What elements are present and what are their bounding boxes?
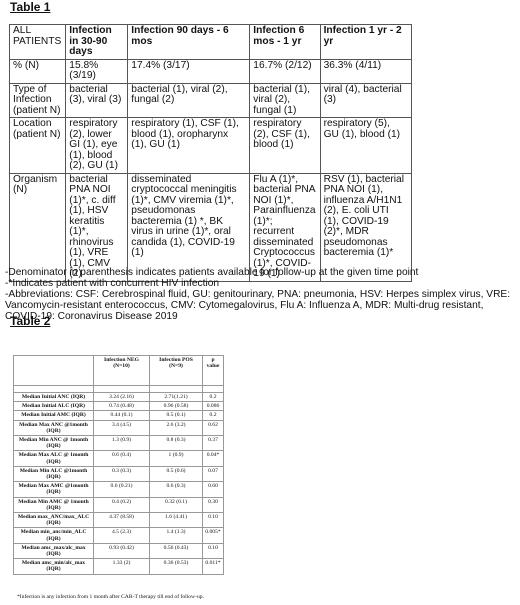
table2-row: Median Initial AMC (IQR)0.44 (0.1)0.5 (0… [14,411,224,420]
table2-row: Median Min ALC @1month (IQR)0.3 (0.3)0.5… [14,466,224,481]
table2-cell-pos: 0.36 (0.53) [150,559,203,574]
table2-row-label: Median max_ANC/max_ALC (IQR) [14,513,94,528]
table2-cell-pos: 0.32 (0.1) [150,497,203,512]
table2-cell-pos: 0.5 (0.1) [150,411,203,420]
note-denominator: -Denominator in parenthesis indicates pa… [5,267,520,278]
table2-cell-p-value: 0.30 [203,497,224,512]
table2-cell-p-value: 0.10 [203,513,224,528]
table1-header-corner: ALL PATIENTS [10,25,66,60]
table1-cell: viral (4), bacterial (3) [320,83,411,118]
table2-row: Median amc_max/alc_max (IQR)0.93 (0.42)0… [14,543,224,558]
table1-cell: disseminated cryptococcal meningitis (1)… [128,173,250,281]
table2-row-label: Median Min ANC @ 1month (IQR) [14,436,94,451]
table2-row-label: Median Initial ANC (IQR) [14,393,94,402]
table2-row: Median Max ALC @ 1month (IQR)0.6 (0.4)1 … [14,451,224,466]
table1-header-6mo-1yr: Infection 6 mos - 1 yr [250,25,320,60]
table2-row: Median Initial ALC (IQR)0.74 (0.48)0.96 … [14,402,224,411]
table2-footnote: *Infection is any infection from 1 month… [17,594,204,600]
table1-cell: bacterial PNA NOI (1)*, c. diff (1), HSV… [66,173,128,281]
table2-cell-pos: 0.5 (0.6) [150,466,203,481]
table2-cell-p-value: 0.60 [203,482,224,497]
table1-notes: -Denominator in parenthesis indicates pa… [5,267,520,322]
table2-header-row: Infection NEG (N=10) Infection POS (N=9)… [14,356,224,386]
table1-header-90d-6mo: Infection 90 days - 6 mos [128,25,250,60]
table2-row-label: Median Min AMC @ 1month (IQR) [14,497,94,512]
table2-cell-p-value: 0.04* [203,451,224,466]
table2-cell-p-value: 0.10 [203,543,224,558]
table2-cell-p-value: 0.086 [203,402,224,411]
table2-cell-pos: 1.6 (4.41) [150,513,203,528]
table2-cell-pos: 0.6 (0.3) [150,482,203,497]
table1-row: Location (patient N)respiratory (2), low… [10,118,412,174]
table1-cell: 15.8% (3/19) [66,59,128,83]
table1-header-30-90-days: Infection in 30-90 days [66,25,128,60]
table2-row: Median amc_min/alc_max (IQR)1.33 (2)0.36… [14,559,224,574]
note-abbreviations: -Abbreviations: CSF: Cerebrospinal fluid… [5,289,520,322]
table2-cell-p-value: 0.2 [203,393,224,402]
table2-row-label: Median Min ALC @1month (IQR) [14,466,94,481]
table2-cell-p-value: 0.005* [203,528,224,543]
table2-cell-pos: 0.8 (0.3) [150,436,203,451]
table2-cell-pos: 0.56 (0.43) [150,543,203,558]
table2-row-label: Median Initial AMC (IQR) [14,411,94,420]
table2-cell-pos: 2.6 (3.2) [150,420,203,435]
table2-row-label: Median amc_min/alc_max (IQR) [14,559,94,574]
table2-cell-neg: 0.93 (0.42) [94,543,150,558]
table2-cell-pos: 1.4 (1.3) [150,528,203,543]
table2-cell-neg: 0.3 (0.3) [94,466,150,481]
table2-title: Table 2 [10,314,50,328]
table2-header-pos: Infection POS (N=9) [150,356,203,386]
table1-row-label: Organism (N) [10,173,66,281]
table2-row-label: Median Max ANC @1month (IQR) [14,420,94,435]
table1-cell: respiratory (5), GU (1), blood (1) [320,118,411,174]
table2-cell-neg: 0.6 (0.21) [94,482,150,497]
table2-row: Median Min ANC @ 1month (IQR)1.3 (0.9)0.… [14,436,224,451]
table1-header-row: ALL PATIENTS Infection in 30-90 days Inf… [10,25,412,60]
table2-cell-p-value: 0.37 [203,436,224,451]
table1-cell: 16.7% (2/12) [250,59,320,83]
table1-row: Type of Infection (patient N)bacterial (… [10,83,412,118]
table2-cell-neg: 3.24 (2.16) [94,393,150,402]
table2-row-label: Median Max ALC @ 1month (IQR) [14,451,94,466]
table2-cell-neg: 4.5 (2.3) [94,528,150,543]
table2-cell-neg: 4.37 (8.58) [94,513,150,528]
table2-header-p: p value [203,356,224,386]
table1-cell: RSV (1), bacterial PNA NOI (1), influenz… [320,173,411,281]
table1-cell: bacterial (1), viral (2), fungal (2) [128,83,250,118]
table1-cell: respiratory (2), CSF (1), blood (1) [250,118,320,174]
table2-row-label: Median min_anc/min_ALC (IQR) [14,528,94,543]
table2-cell-pos: 1 (0.9) [150,451,203,466]
table2-cell-p-value: 0.62 [203,420,224,435]
table2-cell-p-value: 0.2 [203,411,224,420]
table2-row: Median Initial ANC (IQR)3.24 (2.16)2.71(… [14,393,224,402]
table1-row-label: % (N) [10,59,66,83]
table2-spacer-row [14,386,224,393]
table1-row-label: Location (patient N) [10,118,66,174]
table1-cell: 17.4% (3/17) [128,59,250,83]
table2-row-label: Median amc_max/alc_max (IQR) [14,543,94,558]
table2-cell-p-value: 0.07 [203,466,224,481]
table2-cell-pos: 2.71(1.21) [150,393,203,402]
table2-cell-neg: 0.4 (0.2) [94,497,150,512]
table1-row-label: Type of Infection (patient N) [10,83,66,118]
table2-row: Median Max AMC @1month (IQR)0.6 (0.21)0.… [14,482,224,497]
table1-cell: bacterial (1), viral (2), fungal (1) [250,83,320,118]
table1-cell: Flu A (1)*, bacterial PNA NOI (1)*, Para… [250,173,320,281]
table2: Infection NEG (N=10) Infection POS (N=9)… [13,355,224,575]
table2-row: Median Max ANC @1month (IQR)3.4 (4.5)2.6… [14,420,224,435]
note-hiv: -*Indicates patient with concurrent HIV … [5,278,520,289]
table1-cell: respiratory (1), CSF (1), blood (1), oro… [128,118,250,174]
table2-cell-neg: 0.44 (0.1) [94,411,150,420]
table2-row: Median max_ANC/max_ALC (IQR)4.37 (8.58)1… [14,513,224,528]
table2-cell-neg: 1.3 (0.9) [94,436,150,451]
table2-cell-neg: 1.33 (2) [94,559,150,574]
table2-row: Median min_anc/min_ALC (IQR)4.5 (2.3)1.4… [14,528,224,543]
table1-cell: respiratory (2), lower GI (1), eye (1), … [66,118,128,174]
table2-cell-neg: 0.74 (0.48) [94,402,150,411]
table1-row: % (N)15.8% (3/19)17.4% (3/17)16.7% (2/12… [10,59,412,83]
table1-header-1yr-2yr: Infection 1 yr - 2 yr [320,25,411,60]
table1-cell: 36.3% (4/11) [320,59,411,83]
table2-row-label: Median Initial ALC (IQR) [14,402,94,411]
table2-header-corner [14,356,94,386]
table2-row: Median Min AMC @ 1month (IQR)0.4 (0.2)0.… [14,497,224,512]
table1: ALL PATIENTS Infection in 30-90 days Inf… [9,24,412,282]
table2-header-neg: Infection NEG (N=10) [94,356,150,386]
table2-cell-neg: 0.6 (0.4) [94,451,150,466]
table1-cell: bacterial (3), viral (3) [66,83,128,118]
table2-cell-pos: 0.96 (0.58) [150,402,203,411]
table2-cell-neg: 3.4 (4.5) [94,420,150,435]
table1-row: Organism (N)bacterial PNA NOI (1)*, c. d… [10,173,412,281]
table2-row-label: Median Max AMC @1month (IQR) [14,482,94,497]
table1-title: Table 1 [10,0,50,14]
table2-cell-p-value: 0.011* [203,559,224,574]
